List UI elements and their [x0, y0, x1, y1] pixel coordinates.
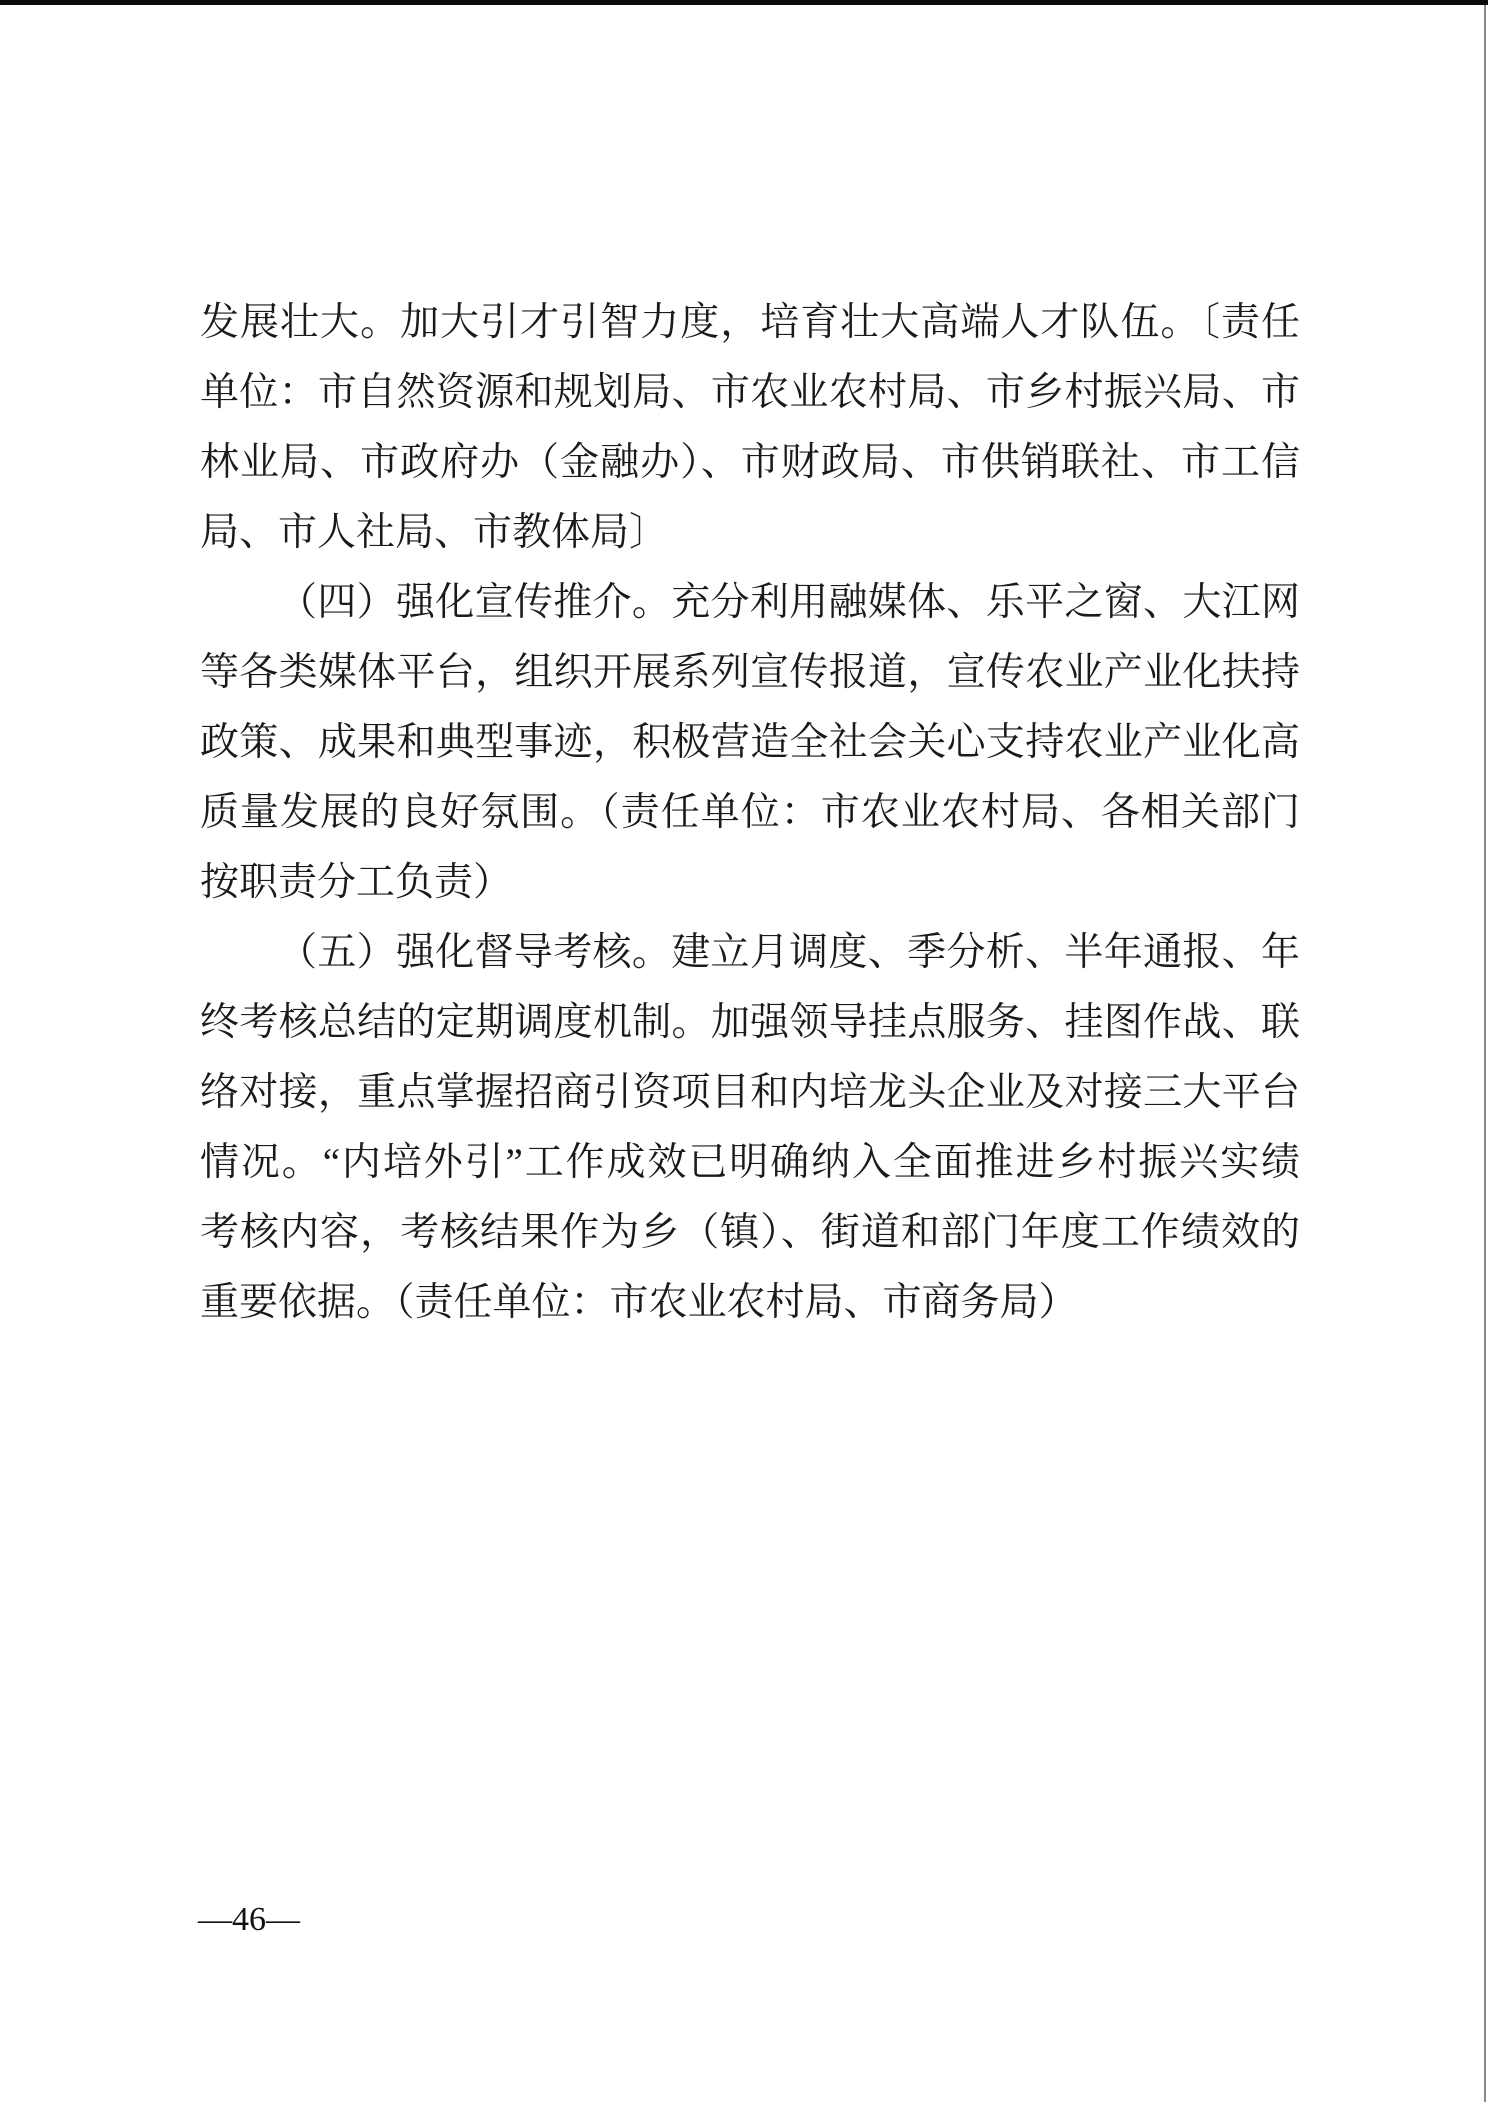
- text-line: 政策、成果和典型事迹，积极营造全社会关心支持农业产业化高: [200, 708, 1300, 778]
- page-number: —46—: [198, 1898, 300, 1942]
- text-line: 单位：市自然资源和规划局、市农业农村局、市乡村振兴局、市: [200, 358, 1300, 428]
- text-line: （五）强化督导考核。建立月调度、季分析、半年通报、年: [200, 918, 1300, 988]
- text-line: 考核内容，考核结果作为乡（镇）、街道和部门年度工作绩效的: [200, 1198, 1300, 1268]
- text-line: 发展壮大。加大引才引智力度，培育壮大高端人才队伍。〔责任: [200, 288, 1300, 358]
- text-line: 重要依据。（责任单位：市农业农村局、市商务局）: [200, 1268, 1300, 1338]
- text-line: 情况。“内培外引”工作成效已明确纳入全面推进乡村振兴实绩: [200, 1128, 1300, 1198]
- body-text-block: 发展壮大。加大引才引智力度，培育壮大高端人才队伍。〔责任 单位：市自然资源和规划…: [200, 288, 1300, 1338]
- text-line: 终考核总结的定期调度机制。加强领导挂点服务、挂图作战、联: [200, 988, 1300, 1058]
- document-page: 发展壮大。加大引才引智力度，培育壮大高端人才队伍。〔责任 单位：市自然资源和规划…: [0, 0, 1488, 2104]
- text-line: 质量发展的良好氛围。（责任单位：市农业农村局、各相关部门: [200, 778, 1300, 848]
- text-line: 局、市人社局、市教体局〕: [200, 498, 1300, 568]
- scan-edge-top: [0, 0, 1488, 5]
- text-line: 林业局、市政府办（金融办）、市财政局、市供销联社、市工信: [200, 428, 1300, 498]
- text-line: 等各类媒体平台，组织开展系列宣传报道，宣传农业产业化扶持: [200, 638, 1300, 708]
- text-line: 按职责分工负责）: [200, 848, 1300, 918]
- text-line: （四）强化宣传推介。充分利用融媒体、乐平之窗、大江网: [200, 568, 1300, 638]
- text-line: 络对接，重点掌握招商引资项目和内培龙头企业及对接三大平台: [200, 1058, 1300, 1128]
- scan-edge-right: [1484, 5, 1486, 2102]
